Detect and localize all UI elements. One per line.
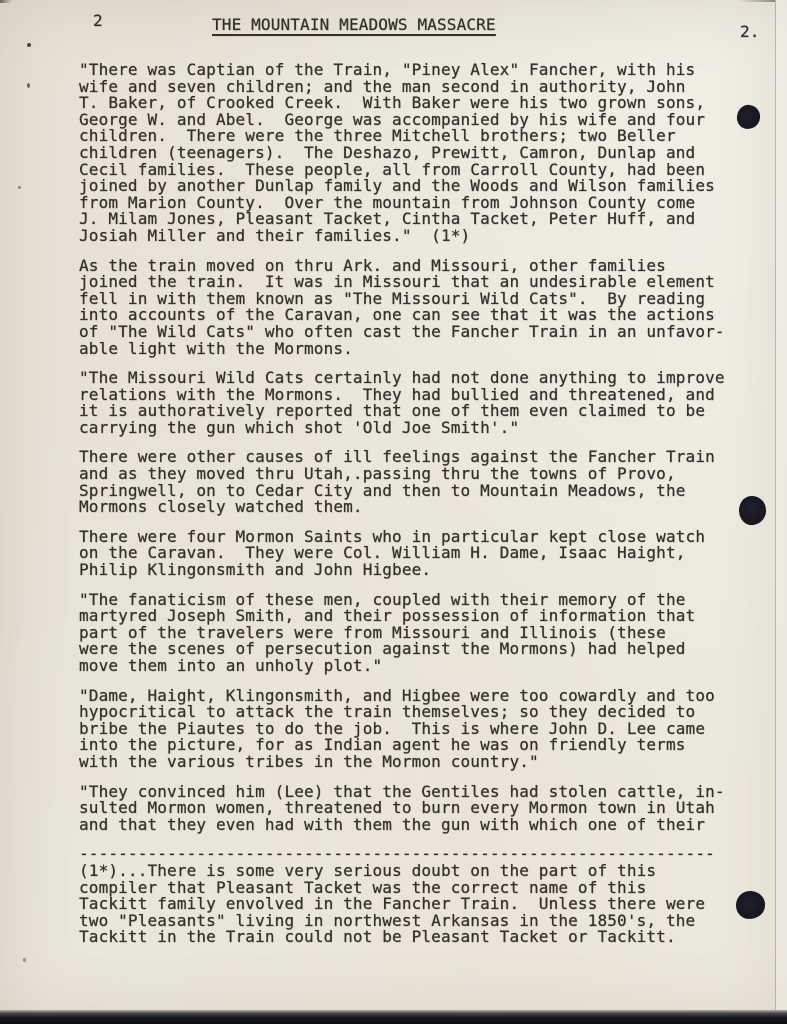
- paper-speck: [27, 83, 30, 88]
- paper-speck: [23, 958, 26, 962]
- page-title: THE MOUNTAIN MEADOWS MASSACRE: [212, 17, 496, 34]
- paragraph: There were other causes of ill feelings …: [79, 449, 751, 515]
- page-right-edge-highlight: [776, 0, 787, 1012]
- paragraph: "Dame, Haight, Klingonsmith, and Higbee …: [79, 688, 751, 771]
- page-number-left: 2: [93, 13, 103, 30]
- paragraph-list: "There was Captian of the Train, "Piney …: [79, 62, 751, 833]
- paragraph: There were four Mormon Saints who in par…: [79, 529, 751, 579]
- scanned-document-page: 2 THE MOUNTAIN MEADOWS MASSACRE 2. "Ther…: [0, 0, 787, 1024]
- page-number-right: 2.: [740, 24, 760, 41]
- scan-edge-bottom: [0, 1010, 787, 1024]
- paper-speck: [18, 186, 21, 189]
- body-text-column: "There was Captian of the Train, "Piney …: [79, 62, 751, 946]
- scan-edge-top-right: [739, 0, 775, 2]
- paragraph: As the train moved on thru Ark. and Miss…: [79, 258, 751, 358]
- paragraph: "The fanaticism of these men, coupled wi…: [79, 592, 751, 675]
- ink-dot-bottom: [735, 890, 766, 920]
- paragraph: "They convinced him (Lee) that the Genti…: [79, 784, 751, 834]
- footnote-text: (1*)...There is some very serious doubt …: [79, 863, 751, 946]
- paper-speck: [27, 43, 31, 47]
- scan-edge-top-left: [0, 0, 12, 3]
- paragraph: "There was Captian of the Train, "Piney …: [79, 62, 751, 245]
- paragraph: "The Missouri Wild Cats certainly had no…: [79, 370, 751, 436]
